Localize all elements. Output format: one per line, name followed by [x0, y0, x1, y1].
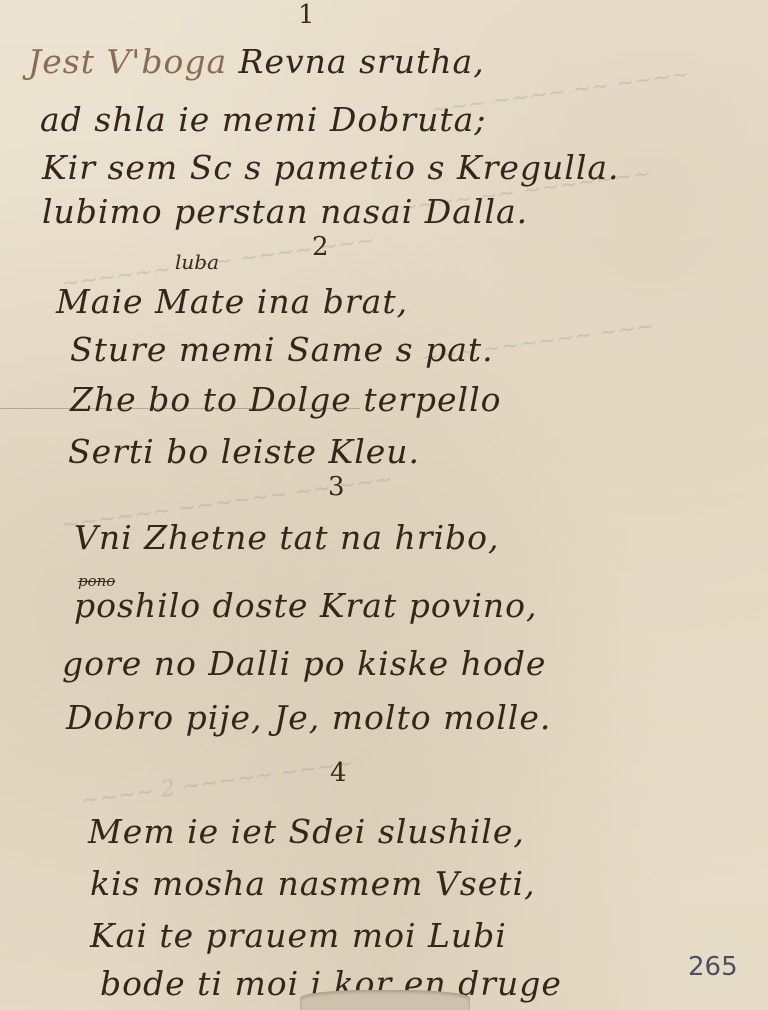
verse-line: Kai te prauem moi Lubi: [90, 916, 507, 955]
verse-line: Kir sem Sc s pametio s Kregulla.: [42, 148, 620, 187]
paper-tear: [300, 990, 470, 1010]
verse-line: kis mosha nasmem Vseti,: [90, 864, 536, 903]
verse-line: Dobro pije, Je, molto molle.: [66, 698, 551, 737]
verse-line: poshilo doste Krat povino,: [74, 586, 538, 625]
bleed-through-text: ~~~~ 2 ~~~~~ ~~~~: [80, 751, 355, 814]
verse-line: Maie Mate ina brat,: [56, 282, 408, 321]
stanza-number: 2: [312, 232, 329, 262]
verse-line: ad shla ie memi Dobruta;: [40, 100, 486, 139]
verse-line: Jest V'boga Revna srutha,: [28, 42, 485, 81]
faded-ink-heading: Jest V'boga: [28, 42, 227, 81]
verse-line: Serti bo leiste Kleu.: [68, 432, 420, 471]
interlinear-insert: luba: [175, 250, 219, 274]
folio-number: 265: [688, 952, 738, 982]
stanza-number: 3: [328, 472, 345, 502]
verse-line: Sture memi Same s pat.: [70, 330, 494, 369]
verse-line: Vni Zhetne tat na hribo,: [74, 518, 500, 557]
manuscript-page: ~~~ ~~~~ ~~ ~~~~ ~~~~~ ~~ ~~~~~~~ ~~~~~~…: [0, 0, 768, 1010]
verse-line: Zhe bo to Dolge terpello: [70, 380, 502, 419]
verse-line: lubimo perstan nasai Dalla.: [42, 192, 528, 231]
verse-line: Mem ie iet Sdei slushile,: [88, 812, 525, 851]
verse-line: gore no Dalli po kiske hode: [62, 644, 546, 683]
stanza-number: 1: [298, 0, 315, 30]
stanza-number: 4: [330, 758, 347, 788]
